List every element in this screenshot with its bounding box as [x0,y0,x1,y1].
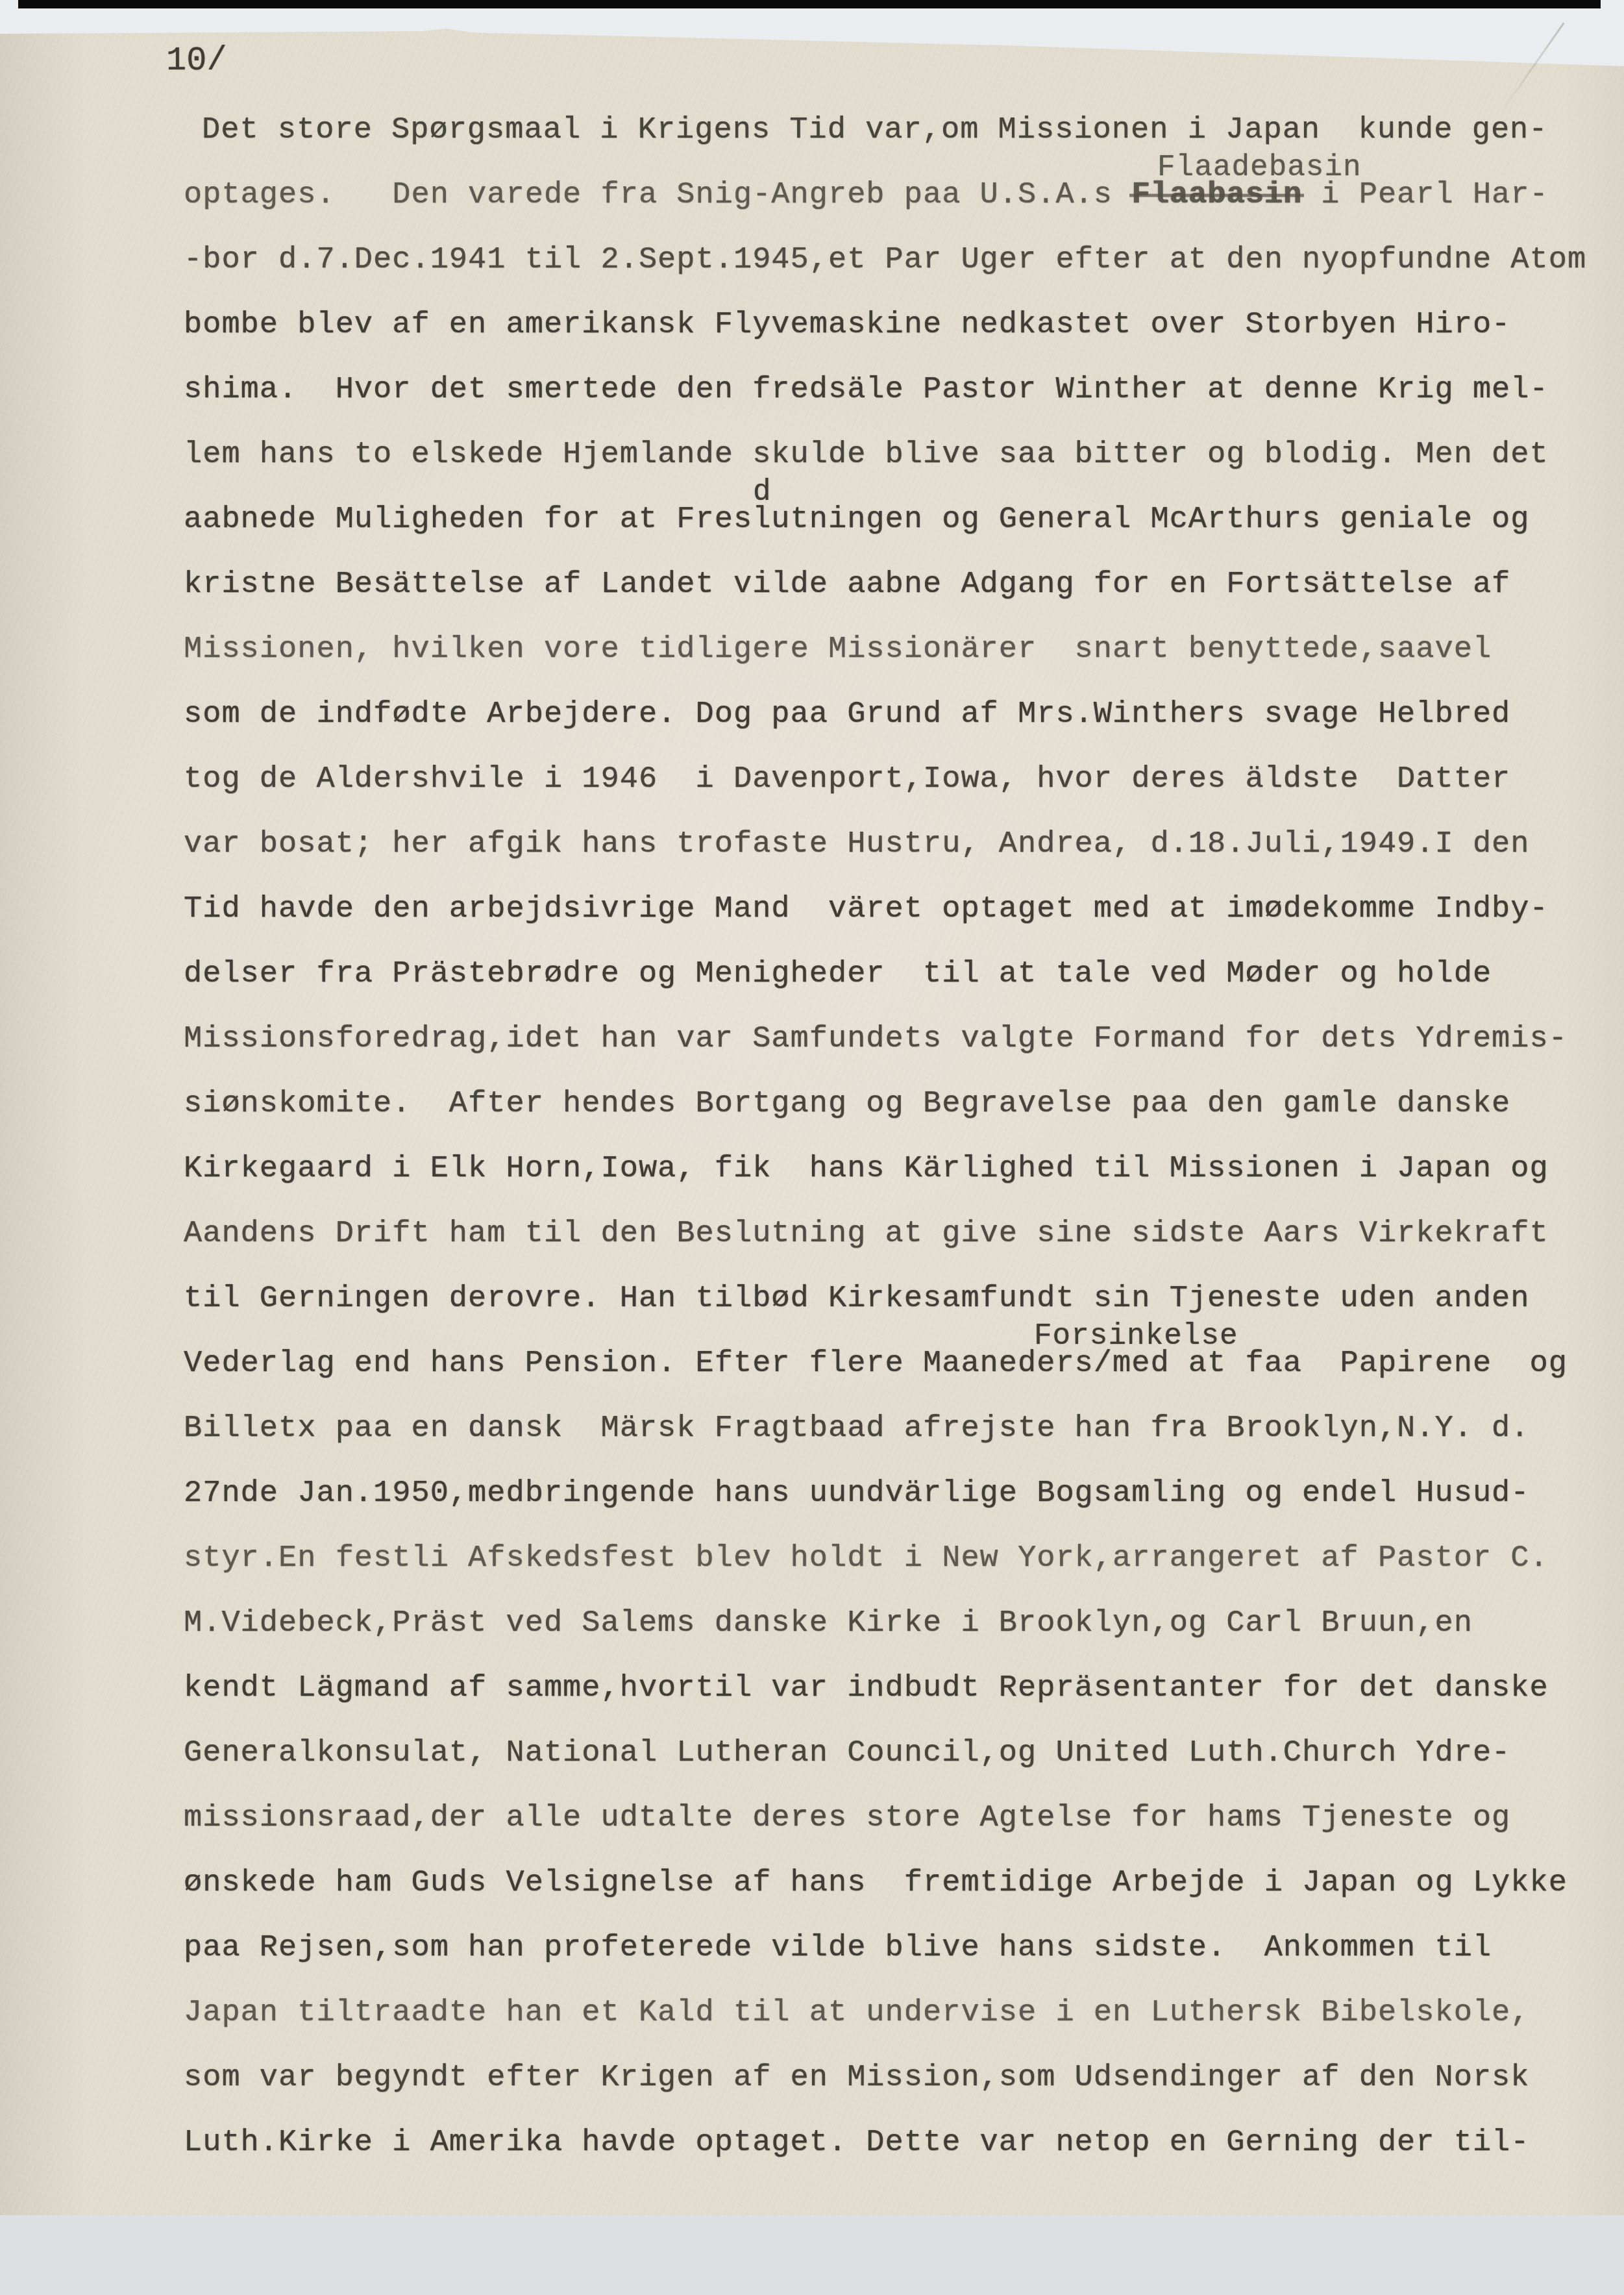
text-line: siønskomite. After hendes Bortgang og Be… [184,1071,1598,1136]
interline-correction: d [753,475,772,509]
text-line: delser fra Prästebrødre og Menigheder ti… [184,941,1598,1006]
text-segment: siønskomite. After hendes Bortgang og Be… [184,1087,1510,1121]
text-line: aabnede Muligheden for at Freslutningen … [184,487,1598,552]
text-line: Japan tiltraadte han et Kald til at unde… [184,1980,1598,2045]
text-line: paa Rejsen,som han profeterede vilde bli… [184,1915,1598,1980]
text-line: Billetx paa en dansk Märsk Fragtbaad afr… [184,1396,1598,1461]
text-line: Aandens Drift ham til den Beslutning at … [184,1201,1598,1266]
interline-correction: Flaadebasin [1157,151,1362,184]
text-line: tog de Aldershvile i 1946 i Davenport,Io… [184,747,1598,812]
text-line: missionsraad,der alle udtalte deres stor… [184,1785,1598,1850]
page-number: 10/ [166,42,227,80]
text-line: optages. Den varede fra Snig-Angreb paa … [184,162,1598,227]
text-line: Luth.Kirke i Amerika havde optaget. Dett… [184,2110,1598,2175]
text-line: 27nde Jan.1950,medbringende hans uundvär… [184,1461,1598,1526]
text-segment: Aandens Drift ham til den Beslutning at … [184,1217,1549,1251]
text-segment: Missionen, hvilken vore tidligere Missio… [184,632,1492,667]
typewritten-text-block: Det store Spørgsmaal i Krigens Tid var,o… [184,97,1598,2175]
text-segment: ønskede ham Guds Velsignelse af hans fre… [184,1866,1568,1900]
text-line: -bor d.7.Dec.1941 til 2.Sept.1945,et Par… [184,227,1598,292]
text-segment: styr.En festli Afskedsfest blev holdt i … [184,1541,1549,1576]
text-line: var bosat; her afgik hans trofaste Hustr… [184,812,1598,876]
text-segment: Vederlag end hans Pension. Efter flere M… [184,1346,1568,1381]
text-line: til Gerningen derovre. Han tilbød Kirkes… [184,1266,1598,1331]
text-line: Vederlag end hans Pension. Efter flere M… [184,1331,1598,1396]
text-segment: Det store Spørgsmaal i Krigens Tid var,o… [202,113,1548,147]
text-segment: var bosat; her afgik hans trofaste Hustr… [184,827,1530,862]
text-line: shima. Hvor det smertede den fredsäle Pa… [184,357,1598,422]
text-line: bombe blev af en amerikansk Flyvemaskine… [184,292,1598,357]
text-segment: bombe blev af en amerikansk Flyvemaskine… [184,308,1510,342]
text-line: Generalkonsulat, National Lutheran Counc… [184,1720,1598,1785]
text-segment: som de indfødte Arbejdere. Dog paa Grund… [184,697,1510,732]
text-segment: Missionsforedrag,idet han var Samfundets… [184,1022,1568,1056]
text-segment: delser fra Prästebrødre og Menigheder ti… [184,957,1492,991]
text-line: Missionsforedrag,idet han var Samfundets… [184,1006,1598,1071]
text-segment: lem hans to elskede Hjemlande skulde bli… [184,438,1549,472]
text-line: kendt Lägmand af samme,hvortil var indbu… [184,1656,1598,1720]
text-segment: tog de Aldershvile i 1946 i Davenport,Io… [184,762,1510,797]
text-segment: kendt Lägmand af samme,hvortil var indbu… [184,1671,1549,1706]
text-segment: Tid havde den arbejdsivrige Mand väret o… [184,892,1549,926]
text-segment: kristne Besättelse af Landet vilde aabne… [184,567,1510,602]
text-line: Tid havde den arbejdsivrige Mand väret o… [184,876,1598,941]
text-line: Kirkegaard i Elk Horn,Iowa, fik hans Kär… [184,1136,1598,1201]
text-line: styr.En festli Afskedsfest blev holdt i … [184,1526,1598,1591]
text-segment: shima. Hvor det smertede den fredsäle Pa… [184,373,1549,407]
text-segment: til Gerningen derovre. Han tilbød Kirkes… [184,1282,1530,1316]
text-segment: som var begyndt efter Krigen af en Missi… [184,2061,1530,2095]
text-line: som de indfødte Arbejdere. Dog paa Grund… [184,682,1598,747]
text-line: Missionen, hvilken vore tidligere Missio… [184,617,1598,682]
text-line: ønskede ham Guds Velsignelse af hans fre… [184,1850,1598,1915]
text-segment: optages. Den varede fra Snig-Angreb paa … [184,178,1131,212]
text-segment: Japan tiltraadte han et Kald til at unde… [184,1996,1530,2030]
text-line: lem hans to elskede Hjemlande skulde bli… [184,422,1598,487]
text-segment: Generalkonsulat, National Lutheran Counc… [184,1736,1510,1770]
text-segment: paa Rejsen,som han profeterede vilde bli… [184,1931,1492,1965]
text-line: Det store Spørgsmaal i Krigens Tid var,o… [184,97,1598,162]
text-segment: Luth.Kirke i Amerika havde optaget. Dett… [184,2126,1530,2160]
interline-correction: Forsinkelse [1034,1319,1238,1353]
text-segment: missionsraad,der alle udtalte deres stor… [184,1801,1510,1835]
text-segment: aabnede Muligheden for at Freslutningen … [184,502,1530,537]
text-segment: M.Videbeck,Präst ved Salems danske Kirke… [184,1606,1473,1641]
text-segment: 27nde Jan.1950,medbringende hans uundvär… [184,1476,1530,1511]
text-segment: Billetx paa en dansk Märsk Fragtbaad afr… [184,1411,1530,1446]
scanner-shadow-bar [18,0,1601,8]
scanned-document-page: { "page": { "number_label": "10/" }, "co… [0,0,1624,2295]
text-line: kristne Besättelse af Landet vilde aabne… [184,552,1598,617]
text-line: som var begyndt efter Krigen af en Missi… [184,2045,1598,2110]
text-segment: Kirkegaard i Elk Horn,Iowa, fik hans Kär… [184,1152,1549,1186]
text-line: M.Videbeck,Präst ved Salems danske Kirke… [184,1591,1598,1656]
text-segment: -bor d.7.Dec.1941 til 2.Sept.1945,et Par… [184,243,1586,277]
